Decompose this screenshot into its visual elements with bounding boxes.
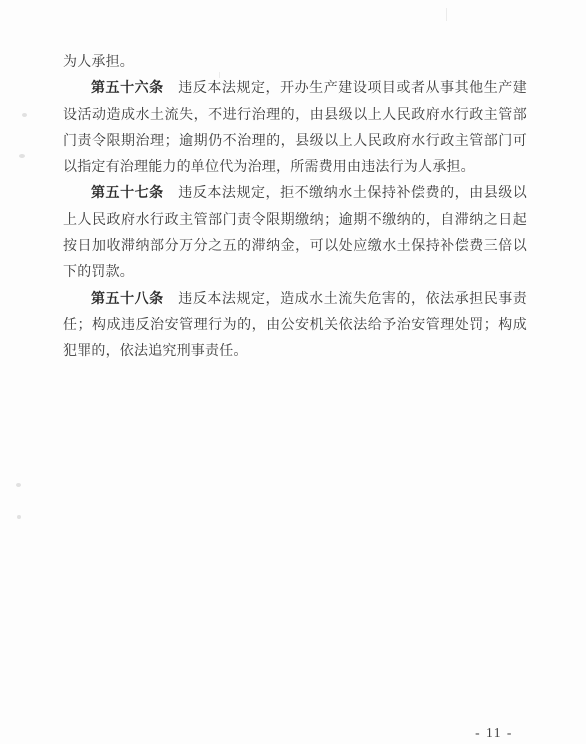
text-line: 按日加收滞纳部分万分之五的滞纳金，可以处应缴水土保持补偿费三倍以 bbox=[63, 234, 527, 260]
scan-hairline bbox=[219, 72, 220, 78]
scan-speck bbox=[19, 154, 25, 158]
article-number: 第五十六条 bbox=[91, 81, 164, 96]
line-text: 门责令限期治理；逾期仍不治理的，县级以上人民政府水行政主管部门可 bbox=[63, 134, 527, 149]
text-line: 门责令限期治理；逾期仍不治理的，县级以上人民政府水行政主管部门可 bbox=[63, 129, 527, 155]
scan-speck bbox=[17, 515, 21, 519]
line-text: 下的罚款。 bbox=[63, 265, 134, 280]
scan-hairline bbox=[446, 8, 447, 21]
text-line: 犯罪的，依法追究刑事责任。 bbox=[63, 339, 527, 365]
scan-speck bbox=[16, 483, 21, 487]
scan-speck bbox=[22, 113, 27, 117]
text-line: 任；构成违反治安管理行为的，由公安机关依法给予治安管理处罚；构成 bbox=[63, 313, 527, 339]
line-text: 按日加收滞纳部分万分之五的滞纳金，可以处应缴水土保持补偿费三倍以 bbox=[63, 239, 527, 254]
article-number: 第五十七条 bbox=[91, 186, 164, 201]
text-line: 以指定有治理能力的单位代为治理，所需费用由违法行为人承担。 bbox=[63, 155, 527, 181]
line-text: 上人民政府水行政主管部门责令限期缴纳；逾期不缴纳的，自滞纳之日起 bbox=[63, 213, 527, 228]
line-text: 为人承担。 bbox=[63, 55, 134, 70]
line-text: 违反本法规定，造成水土流失危害的，依法承担民事责 bbox=[164, 292, 527, 307]
line-text: 设活动造成水土流失，不进行治理的，由县级以上人民政府水行政主管部 bbox=[63, 108, 527, 123]
line-text: 以指定有治理能力的单位代为治理，所需费用由违法行为人承担。 bbox=[63, 160, 475, 175]
text-line: 下的罚款。 bbox=[63, 260, 527, 286]
text-line: 第五十六条 违反本法规定，开办生产建设项目或者从事其他生产建 bbox=[63, 76, 527, 102]
text-line: 上人民政府水行政主管部门责令限期缴纳；逾期不缴纳的，自滞纳之日起 bbox=[63, 208, 527, 234]
article-number: 第五十八条 bbox=[91, 292, 164, 307]
text-line: 第五十八条 违反本法规定，造成水土流失危害的，依法承担民事责 bbox=[63, 287, 527, 313]
text-line: 为人承担。 bbox=[63, 50, 527, 76]
page-number: - 11 - bbox=[469, 725, 519, 741]
line-text: 违反本法规定，开办生产建设项目或者从事其他生产建 bbox=[164, 81, 527, 96]
text-line: 第五十七条 违反本法规定，拒不缴纳水土保持补偿费的，由县级以 bbox=[63, 181, 527, 207]
legal-text-block: 为人承担。 第五十六条 违反本法规定，开办生产建设项目或者从事其他生产建 设活动… bbox=[63, 50, 527, 366]
text-line: 设活动造成水土流失，不进行治理的，由县级以上人民政府水行政主管部 bbox=[63, 103, 527, 129]
document-page: 为人承担。 第五十六条 违反本法规定，开办生产建设项目或者从事其他生产建 设活动… bbox=[0, 0, 586, 744]
line-text: 犯罪的，依法追究刑事责任。 bbox=[63, 344, 248, 359]
line-text: 违反本法规定，拒不缴纳水土保持补偿费的，由县级以 bbox=[164, 186, 527, 201]
line-text: 任；构成违反治安管理行为的，由公安机关依法给予治安管理处罚；构成 bbox=[63, 318, 527, 333]
